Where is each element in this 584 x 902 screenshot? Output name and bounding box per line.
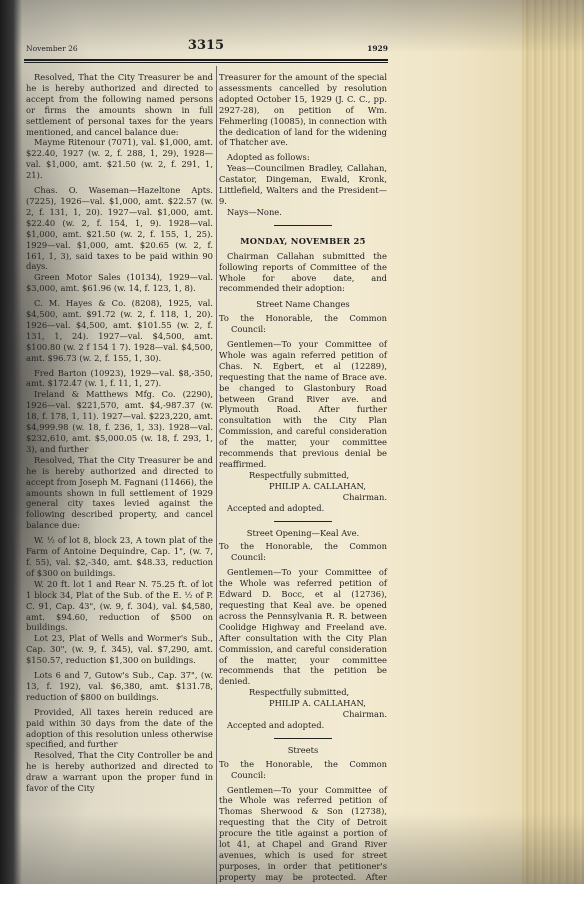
paragraph: Provided, All taxes herein reduced are p… xyxy=(26,707,213,751)
header-rule xyxy=(24,59,388,61)
paragraph: Lots 6 and 7, Gutow's Sub., Cap. 37", (w… xyxy=(26,670,213,703)
section-heading: MONDAY, NOVEMBER 25 xyxy=(219,236,387,247)
report-body: Gentlemen—To your Committee of the Whole… xyxy=(219,567,387,687)
intro-paragraph: Chairman Callahan submitted the followin… xyxy=(219,251,387,295)
paragraph: Resolved, That the City Treasurer be and… xyxy=(26,72,213,137)
header-rule-thin xyxy=(24,62,388,63)
paragraph: Mayme Ritenour (7071), val. $1,000, amt.… xyxy=(26,137,213,181)
report-signer: PHILIP A. CALLAHAN, xyxy=(219,481,387,492)
report-signer-title: Chairman. xyxy=(219,709,387,720)
adopted-line: Adopted as follows: xyxy=(219,152,387,163)
nays-line: Nays—None. xyxy=(219,207,387,218)
paragraph: Chas. O. Waseman—Hazeltone Apts. (7225),… xyxy=(26,185,213,272)
report-signer-title: Chairman. xyxy=(219,492,387,503)
report-action: Accepted and adopted. xyxy=(219,503,387,514)
header-year: 1929 xyxy=(367,44,388,53)
paragraph: W. ½ of lot 8, block 23, A town plat of … xyxy=(26,535,213,579)
right-column: Treasurer for the amount of the special … xyxy=(219,72,387,884)
book-spine-shadow xyxy=(0,0,22,884)
report-title: Street Name Changes xyxy=(219,299,387,310)
report-body: Gentlemen—To your Committee of the Whole… xyxy=(219,785,387,884)
paragraph: W. 20 ft. lot 1 and Rear N. 75.25 ft. of… xyxy=(26,579,213,634)
report-salutation: To the Honorable, the Common Council: xyxy=(219,541,387,563)
column-divider xyxy=(216,66,217,884)
continuation-paragraph: Treasurer for the amount of the special … xyxy=(219,72,387,148)
paragraph: Fred Barton (10923), 1929—val. $8,-350, … xyxy=(26,368,213,390)
paragraph: Lot 23, Plat of Wells and Wormer's Sub.,… xyxy=(26,633,213,666)
running-header: November 26 3315 1929 xyxy=(24,38,388,58)
yeas-line: Yeas—Councilmen Bradley, Callahan, Casta… xyxy=(219,163,387,207)
section-rule xyxy=(274,225,332,226)
paragraph: Green Motor Sales (10134), 1929—val. $3,… xyxy=(26,272,213,294)
report-title: Street Opening—Keal Ave. xyxy=(219,528,387,539)
report-salutation: To the Honorable, the Common Council: xyxy=(219,759,387,781)
report-closing: Respectfully submitted, xyxy=(219,687,387,698)
paragraph: C. M. Hayes & Co. (8208), 1925, val. $4,… xyxy=(26,298,213,363)
left-column: Resolved, That the City Treasurer be and… xyxy=(26,72,213,794)
page-number: 3315 xyxy=(24,38,388,53)
report-salutation: To the Honorable, the Common Council: xyxy=(219,313,387,335)
report-signer: PHILIP A. CALLAHAN, xyxy=(219,698,387,709)
report-closing: Respectfully submitted, xyxy=(219,470,387,481)
paragraph: Resolved, That the City Controller be an… xyxy=(26,750,213,794)
report-action: Accepted and adopted. xyxy=(219,720,387,731)
report-rule xyxy=(274,521,332,522)
report-title: Streets xyxy=(219,745,387,756)
paragraph: Resolved, That the City Treasurer be and… xyxy=(26,455,213,531)
scanned-page: November 26 3315 1929 Resolved, That the… xyxy=(0,0,584,884)
page-edge-stack xyxy=(522,0,584,884)
report-rule xyxy=(274,738,332,739)
report-body: Gentlemen—To your Committee of Whole was… xyxy=(219,339,387,470)
paragraph: Ireland & Matthews Mfg. Co. (2290), 1926… xyxy=(26,389,213,454)
